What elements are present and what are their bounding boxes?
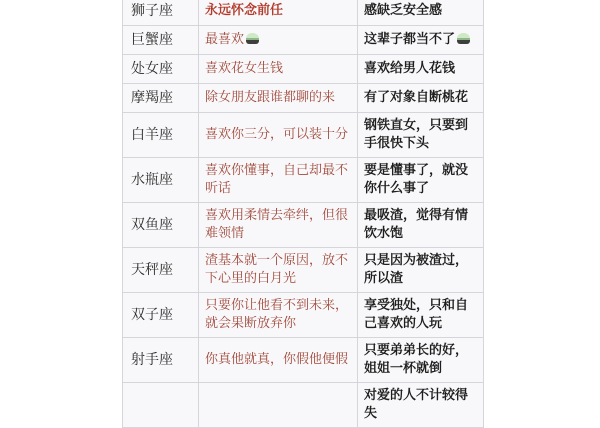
table-row: 狮子座 永远怀念前任 感缺乏安全感 xyxy=(123,0,484,26)
table-row: 水瓶座 喜欢你懂事，自己却最不听话 要是懂事了，就没你什么事了 xyxy=(123,158,484,203)
sign-cell: 摩羯座 xyxy=(123,84,199,113)
female-trait-cell: 享受独处，只和自己喜欢的人玩 xyxy=(358,293,484,338)
table-row: 摩羯座 除女朋友跟谁都聊的来 有了对象自断桃花 xyxy=(123,84,484,113)
sign-cell: 狮子座 xyxy=(123,0,199,26)
female-trait-cell: 要是懂事了，就没你什么事了 xyxy=(358,158,484,203)
male-trait-cell: 最喜欢 xyxy=(199,26,358,55)
male-trait-cell: 只要你让他看不到未来，就会果断放弃你 xyxy=(199,293,358,338)
female-trait-cell: 有了对象自断桃花 xyxy=(358,84,484,113)
table-row: 白羊座 喜欢你三分，可以装十分 钢铁直女，只要到手很快下头 xyxy=(123,113,484,158)
male-trait-cell: 渣基本就一个原因，放不下心里的白月光 xyxy=(199,248,358,293)
table-row: 双子座 只要你让他看不到未来，就会果断放弃你 享受独处，只和自己喜欢的人玩 xyxy=(123,293,484,338)
sign-cell: 双鱼座 xyxy=(123,203,199,248)
female-trait-cell: 只是因为被渣过，所以渣 xyxy=(358,248,484,293)
cell-text: 这辈子都当不了 xyxy=(364,32,455,47)
sign-cell: 巨蟹座 xyxy=(123,26,199,55)
zodiac-table-container: 狮子座 永远怀念前任 感缺乏安全感 巨蟹座 最喜欢 这辈子都当不了 处女座 喜欢… xyxy=(122,0,484,400)
male-trait-cell: 喜欢用柔情去牵绊，但很难领情 xyxy=(199,203,358,248)
female-trait-cell: 感缺乏安全感 xyxy=(358,0,484,26)
male-trait-cell: 喜欢你三分，可以装十分 xyxy=(199,113,358,158)
sign-cell: 射手座 xyxy=(123,338,199,383)
female-trait-cell: 只要弟弟长的好，姐姐一杯就倒 xyxy=(358,338,484,383)
sign-cell: 白羊座 xyxy=(123,113,199,158)
table-row: 双鱼座 喜欢用柔情去牵绊，但很难领情 最吸渣，觉得有情饮水饱 xyxy=(123,203,484,248)
table-row: 处女座 喜欢花女生钱 喜欢给男人花钱 xyxy=(123,55,484,84)
matcha-cup-emoji-icon xyxy=(457,33,470,44)
female-trait-cell: 喜欢给男人花钱 xyxy=(358,55,484,84)
male-trait-cell xyxy=(199,383,358,401)
table-row: 天秤座 渣基本就一个原因，放不下心里的白月光 只是因为被渣过，所以渣 xyxy=(123,248,484,293)
male-trait-cell: 除女朋友跟谁都聊的来 xyxy=(199,84,358,113)
sign-cell: 水瓶座 xyxy=(123,158,199,203)
sign-cell: 双子座 xyxy=(123,293,199,338)
sign-cell: 处女座 xyxy=(123,55,199,84)
matcha-cup-emoji-icon xyxy=(246,33,259,44)
cell-text: 最喜欢 xyxy=(205,32,244,47)
female-trait-cell: 这辈子都当不了 xyxy=(358,26,484,55)
sign-cell xyxy=(123,383,199,401)
table-row: 射手座 你真他就真，你假他便假 只要弟弟长的好，姐姐一杯就倒 xyxy=(123,338,484,383)
sign-cell: 天秤座 xyxy=(123,248,199,293)
table-row: 巨蟹座 最喜欢 这辈子都当不了 xyxy=(123,26,484,55)
male-trait-cell: 喜欢花女生钱 xyxy=(199,55,358,84)
male-trait-cell: 喜欢你懂事，自己却最不听话 xyxy=(199,158,358,203)
female-trait-cell: 对爱的人不计较得失 xyxy=(358,383,484,401)
zodiac-table: 狮子座 永远怀念前任 感缺乏安全感 巨蟹座 最喜欢 这辈子都当不了 处女座 喜欢… xyxy=(122,0,484,400)
male-trait-cell: 永远怀念前任 xyxy=(199,0,358,26)
female-trait-cell: 最吸渣，觉得有情饮水饱 xyxy=(358,203,484,248)
female-trait-cell: 钢铁直女，只要到手很快下头 xyxy=(358,113,484,158)
male-trait-cell: 你真他就真，你假他便假 xyxy=(199,338,358,383)
table-row: 对爱的人不计较得失 xyxy=(123,383,484,401)
